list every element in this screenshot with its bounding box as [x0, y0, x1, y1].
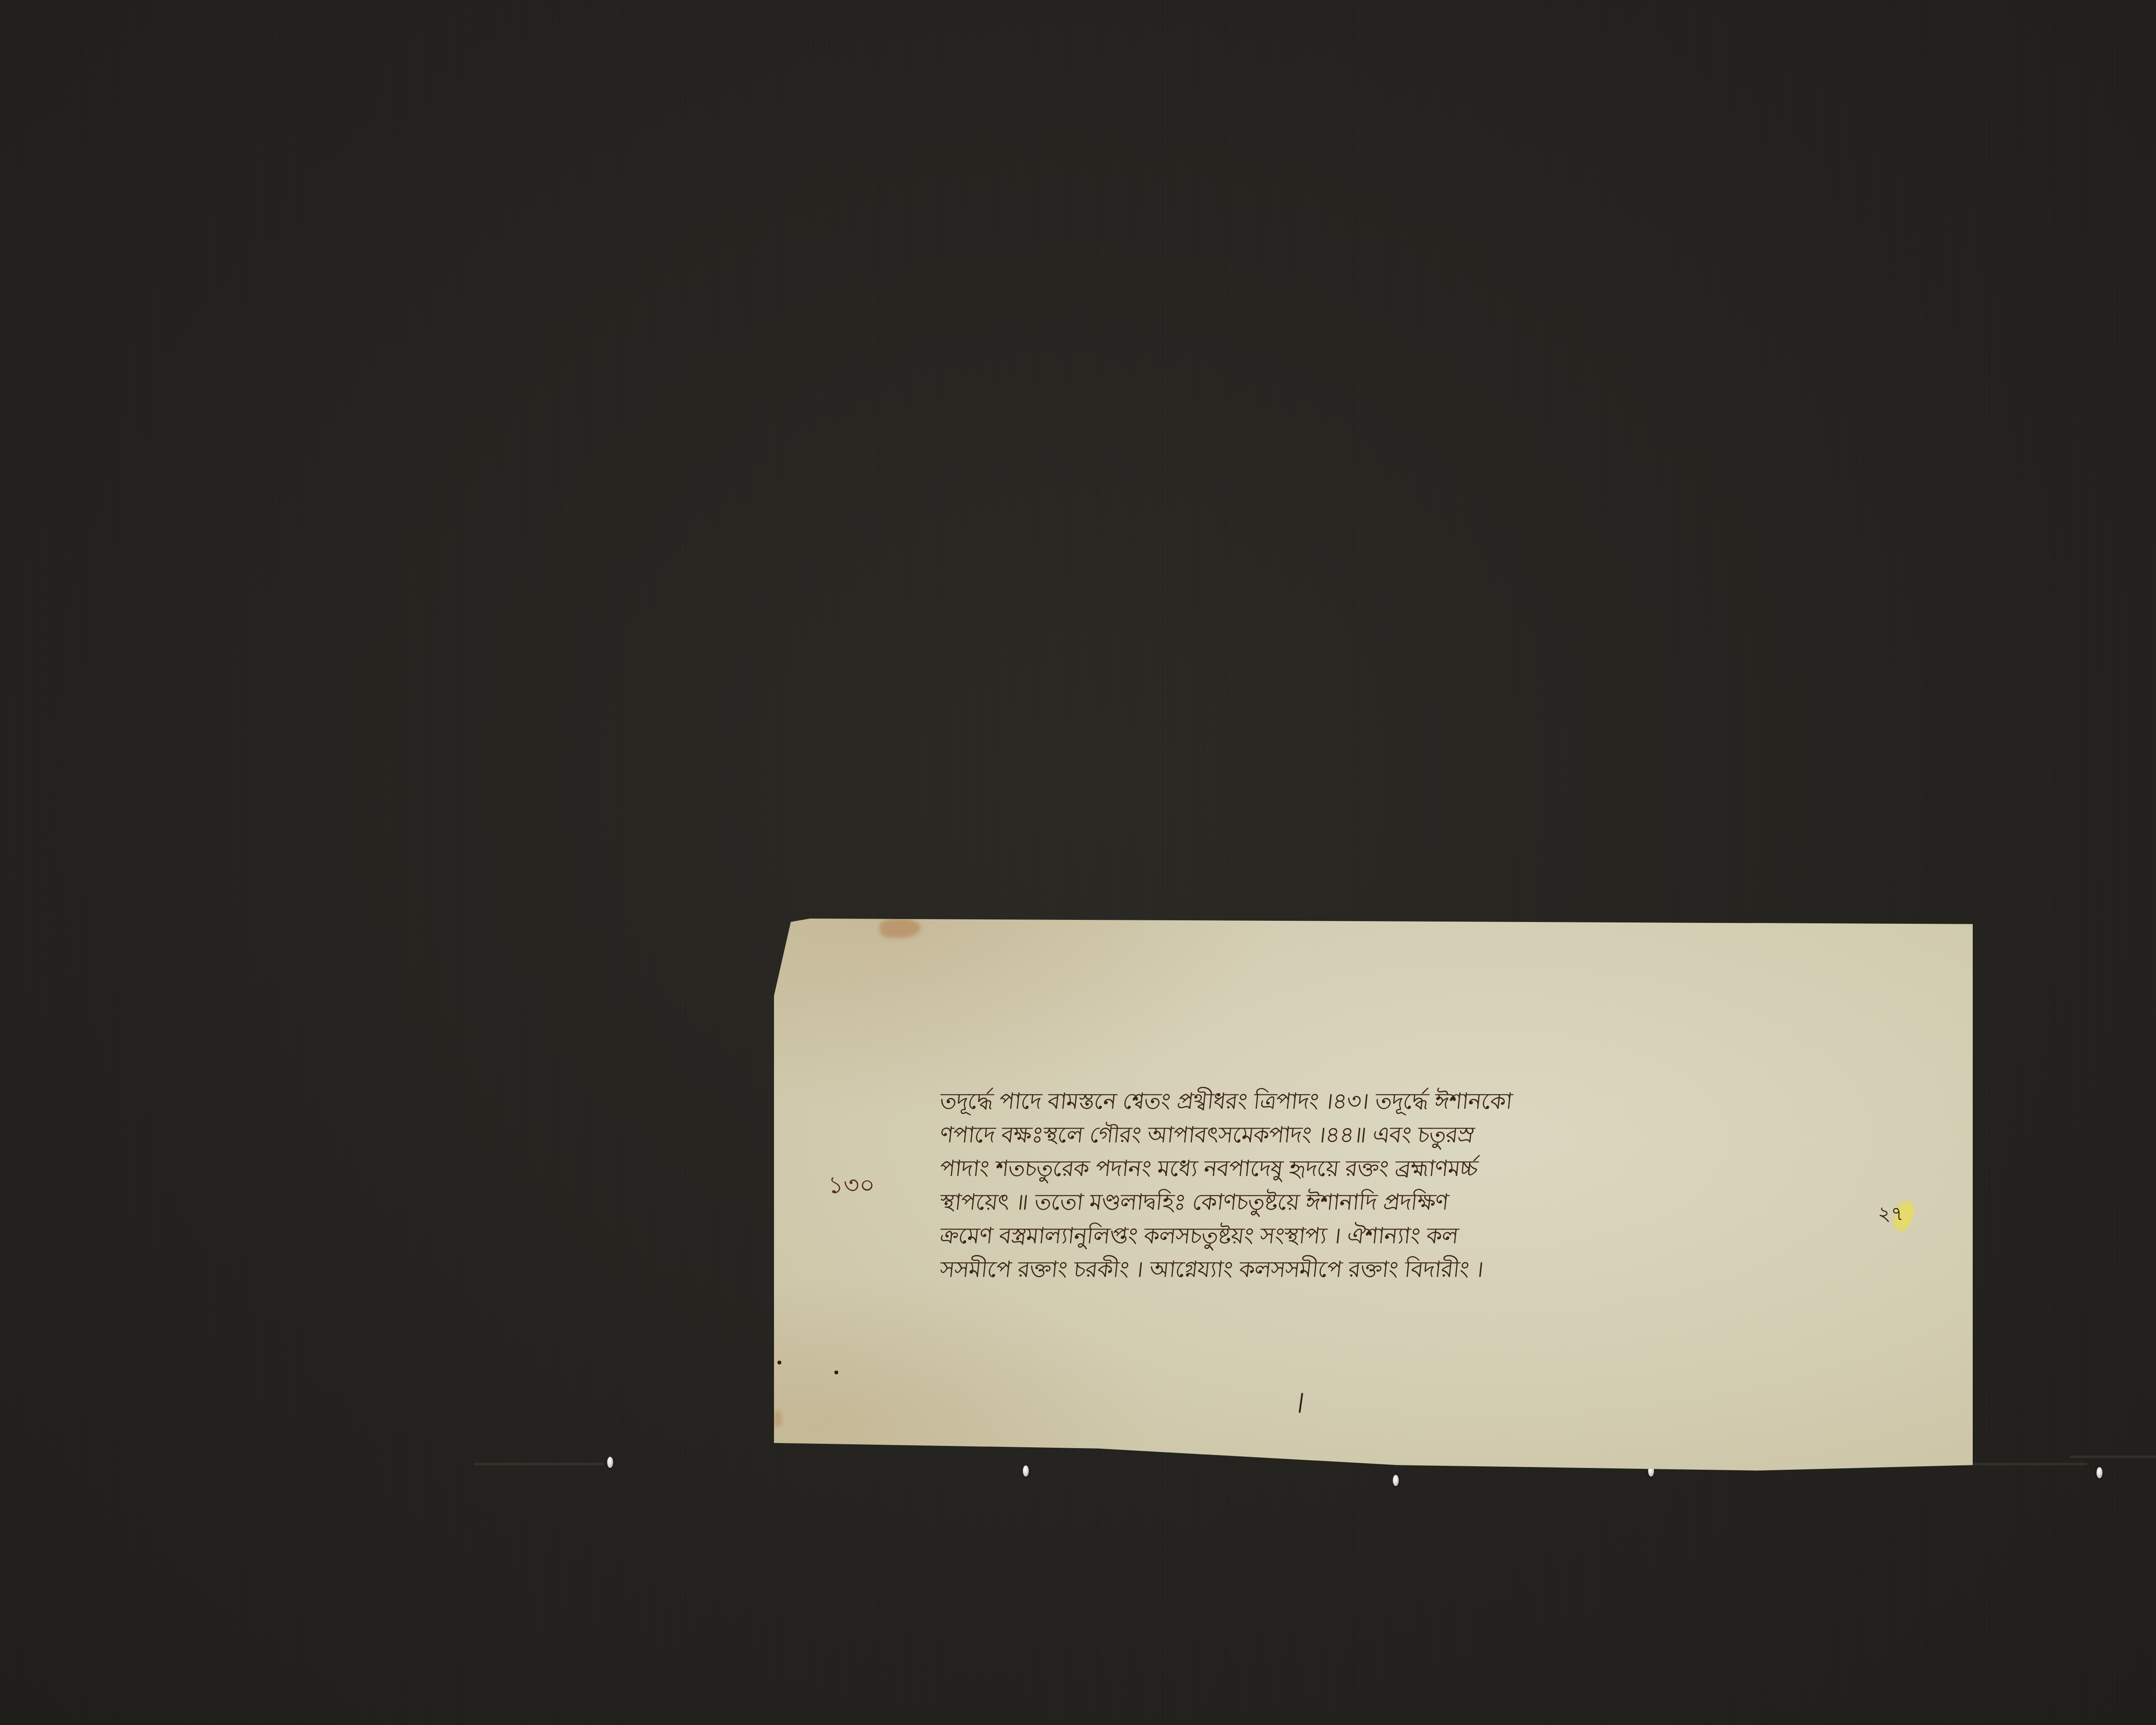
mounting-pin: [1393, 1475, 1399, 1486]
mounting-pin: [2096, 1467, 2103, 1478]
mounting-pin: [1023, 1465, 1029, 1477]
manuscript-line: স্থাপয়েৎ ॥ ততো মণ্ডলাদ্বহিঃ কোণচতুষ্টয়…: [938, 1186, 1869, 1219]
manuscript-line: তদূর্দ্ধে পাদে বামস্তনে শ্বেতং প্রথ্বীধর…: [938, 1085, 1869, 1118]
manuscript-text: তদূর্দ্ধে পাদে বামস্তনে শ্বেতং প্রথ্বীধর…: [940, 1085, 1867, 1286]
paper-stain: [880, 919, 921, 938]
mount-line-far-right: [2070, 1455, 2156, 1458]
ink-tick-mark: [1299, 1393, 1303, 1413]
mount-line-left: [474, 1463, 604, 1465]
manuscript-folio: ১৩০ ২৭ তদূর্দ্ধে পাদে বামস্তনে শ্বেতং প্…: [774, 919, 1973, 1471]
manuscript-line: ণপাদে বক্ষঃস্থলে গৌরং আপাবৎসমেকপাদং ।৪৪॥…: [938, 1118, 1869, 1152]
manuscript-line: ক্রমেণ বস্ত্রমাল্যানুলিপ্তং কলসচতুষ্টয়ং…: [938, 1219, 1869, 1253]
mount-line-right: [1958, 1463, 2087, 1465]
manuscript-line: সসমীপে রক্তাং চরকীং । আগ্নেয্যাং কলসসমীপ…: [938, 1253, 1869, 1286]
paper-stain: [774, 1410, 782, 1427]
ink-dot: [834, 1371, 838, 1374]
mounting-pin: [607, 1457, 613, 1468]
ink-dot: [777, 1361, 781, 1364]
manuscript-line: পাদাং শতচতুরেক পদানং মধ্যে নবপাদেষু হৃদয…: [938, 1152, 1869, 1186]
folio-number-right: ২৭: [1878, 1199, 1904, 1232]
folio-number-left: ১৩০: [828, 1167, 875, 1207]
